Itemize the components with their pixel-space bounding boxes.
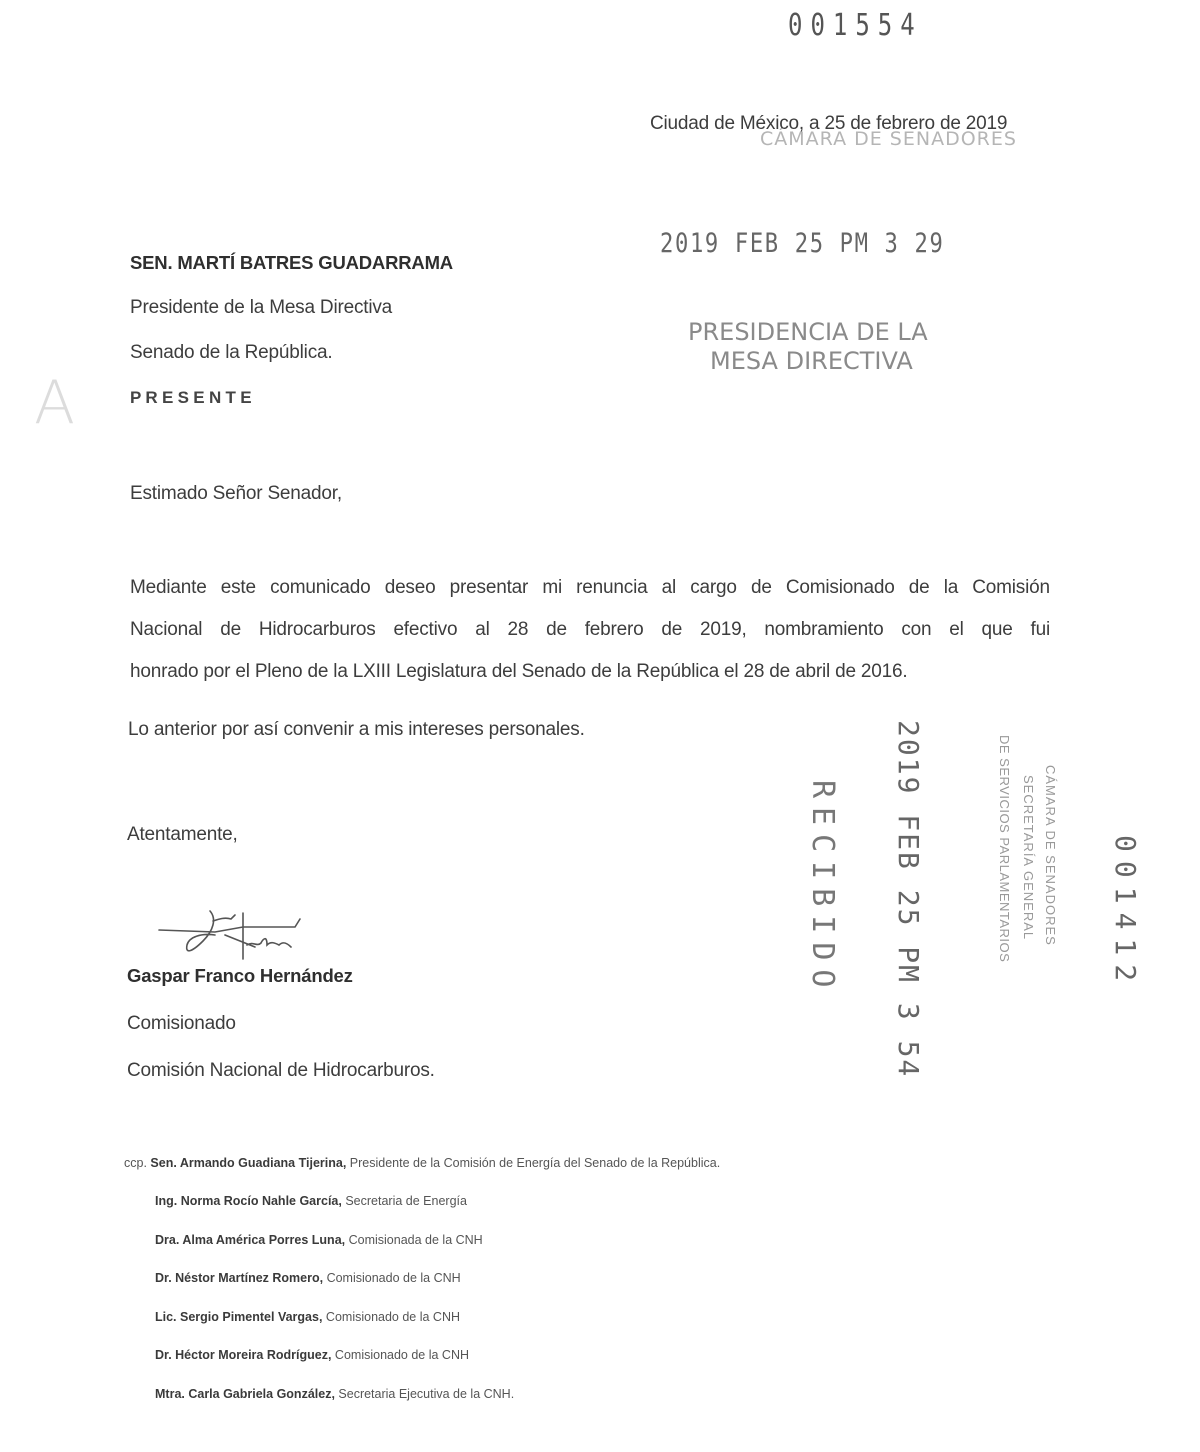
ccp-row-2: Dra. Alma América Porres Luna, Comisiona… (155, 1233, 483, 1247)
stamp-recibido-datetime: 2019 FEB 25 PM 3 54 (892, 720, 925, 1078)
stamp-recibido-line1: CÁMARA DE SENADORES (1043, 765, 1058, 946)
stamp-recibido-label: RECIBIDO (805, 780, 840, 997)
ccp-row-5: Dr. Héctor Moreira Rodríguez, Comisionad… (155, 1348, 469, 1362)
place-date: Ciudad de México, a 25 de febrero de 201… (650, 113, 1007, 135)
word: con (901, 619, 931, 641)
paragraph2: Lo anterior por así convenir a mis inter… (128, 719, 585, 741)
ccp-row-1: Ing. Norma Rocío Nahle García, Secretari… (155, 1194, 467, 1208)
ccp-name: Lic. Sergio Pimentel Vargas, (155, 1310, 322, 1324)
word: Mediante (130, 577, 207, 599)
presente-label: P R E S E N T E (130, 388, 251, 408)
word: mi (542, 577, 562, 599)
signature-icon (155, 905, 325, 965)
ccp-name: Ing. Norma Rocío Nahle García, (155, 1194, 342, 1208)
word: cargo (690, 577, 737, 599)
ccp-row-4: Lic. Sergio Pimentel Vargas, Comisionado… (155, 1310, 460, 1324)
ccp-name: Dra. Alma América Porres Luna, (155, 1233, 345, 1247)
stamp-recibido-line3: DE SERVICIOS PARLAMENTARIOS (997, 735, 1012, 962)
word: de (220, 619, 241, 641)
word: de (751, 577, 772, 599)
word: de (909, 577, 930, 599)
word: que (982, 619, 1013, 641)
ccp-prefix: ccp. (124, 1156, 147, 1170)
word: nombramiento (764, 619, 883, 641)
word: Hidrocarburos (259, 619, 376, 641)
word: Nacional (130, 619, 202, 641)
stamp-recibido-line2: SECRETARÍA GENERAL (1021, 775, 1036, 940)
salutation: Estimado Señor Senador, (130, 483, 342, 505)
word: Comisionado (786, 577, 895, 599)
word: febrero (585, 619, 644, 641)
ccp-role: Comisionado de la CNH (327, 1271, 461, 1285)
ccp-name: Dr. Héctor Moreira Rodríguez, (155, 1348, 331, 1362)
word: este (221, 577, 256, 599)
word: efectivo (393, 619, 457, 641)
signer-name: Gaspar Franco Hernández (127, 965, 353, 987)
word: el (949, 619, 963, 641)
ccp-row-0: ccp. Sen. Armando Guadiana Tijerina, Pre… (124, 1156, 720, 1170)
word: fui (1031, 619, 1050, 641)
stamp-presidencia-datetime: 2019 FEB 25 PM 3 29 (660, 228, 944, 259)
word: presentar (450, 577, 528, 599)
word: 2019, (700, 619, 747, 641)
ccp-role: Secretaria Ejecutiva de la CNH. (338, 1387, 514, 1401)
stamp-presidencia-line2: MESA DIRECTIVA (710, 347, 913, 375)
closing: Atentamente, (127, 824, 238, 846)
margin-mark: A (34, 368, 75, 438)
word: deseo (385, 577, 436, 599)
recipient-title: Presidente de la Mesa Directiva (130, 297, 392, 319)
word: comunicado (270, 577, 370, 599)
word: de (546, 619, 567, 641)
recipient-institution: Senado de la República. (130, 342, 332, 364)
stamp-presidencia-line1: PRESIDENCIA DE LA (688, 318, 928, 346)
ccp-row-3: Dr. Néstor Martínez Romero, Comisionado … (155, 1271, 461, 1285)
paragraph1-line1: Medianteestecomunicadodeseopresentarmire… (130, 577, 1050, 599)
ccp-role: Comisionado de la CNH (326, 1310, 460, 1324)
signer-position: Comisionado (127, 1013, 236, 1035)
word: al (662, 577, 676, 599)
ccp-role: Comisionado de la CNH (335, 1348, 469, 1362)
ccp-name: Dr. Néstor Martínez Romero, (155, 1271, 323, 1285)
word: al (475, 619, 489, 641)
control-number-top: 001554 (788, 8, 923, 43)
ccp-role: Presidente de la Comisión de Energía del… (350, 1156, 720, 1170)
stamp-recibido-number: 001412 (1109, 835, 1142, 990)
word: la (944, 577, 958, 599)
ccp-role: Secretaria de Energía (345, 1194, 467, 1208)
paragraph1-line3: honrado por el Pleno de la LXIII Legisla… (130, 661, 907, 683)
word: de (661, 619, 682, 641)
ccp-row-6: Mtra. Carla Gabriela González, Secretari… (155, 1387, 514, 1401)
ccp-name: Sen. Armando Guadiana Tijerina, (150, 1156, 346, 1170)
paragraph1-line2: NacionaldeHidrocarburosefectivoal28defeb… (130, 619, 1050, 641)
word: 28 (507, 619, 528, 641)
signer-organization: Comisión Nacional de Hidrocarburos. (127, 1060, 435, 1082)
ccp-role: Comisionada de la CNH (349, 1233, 483, 1247)
word: renuncia (576, 577, 647, 599)
ccp-name: Mtra. Carla Gabriela González, (155, 1387, 335, 1401)
word: Comisión (972, 577, 1050, 599)
recipient-name: SEN. MARTÍ BATRES GUADARRAMA (130, 252, 453, 274)
